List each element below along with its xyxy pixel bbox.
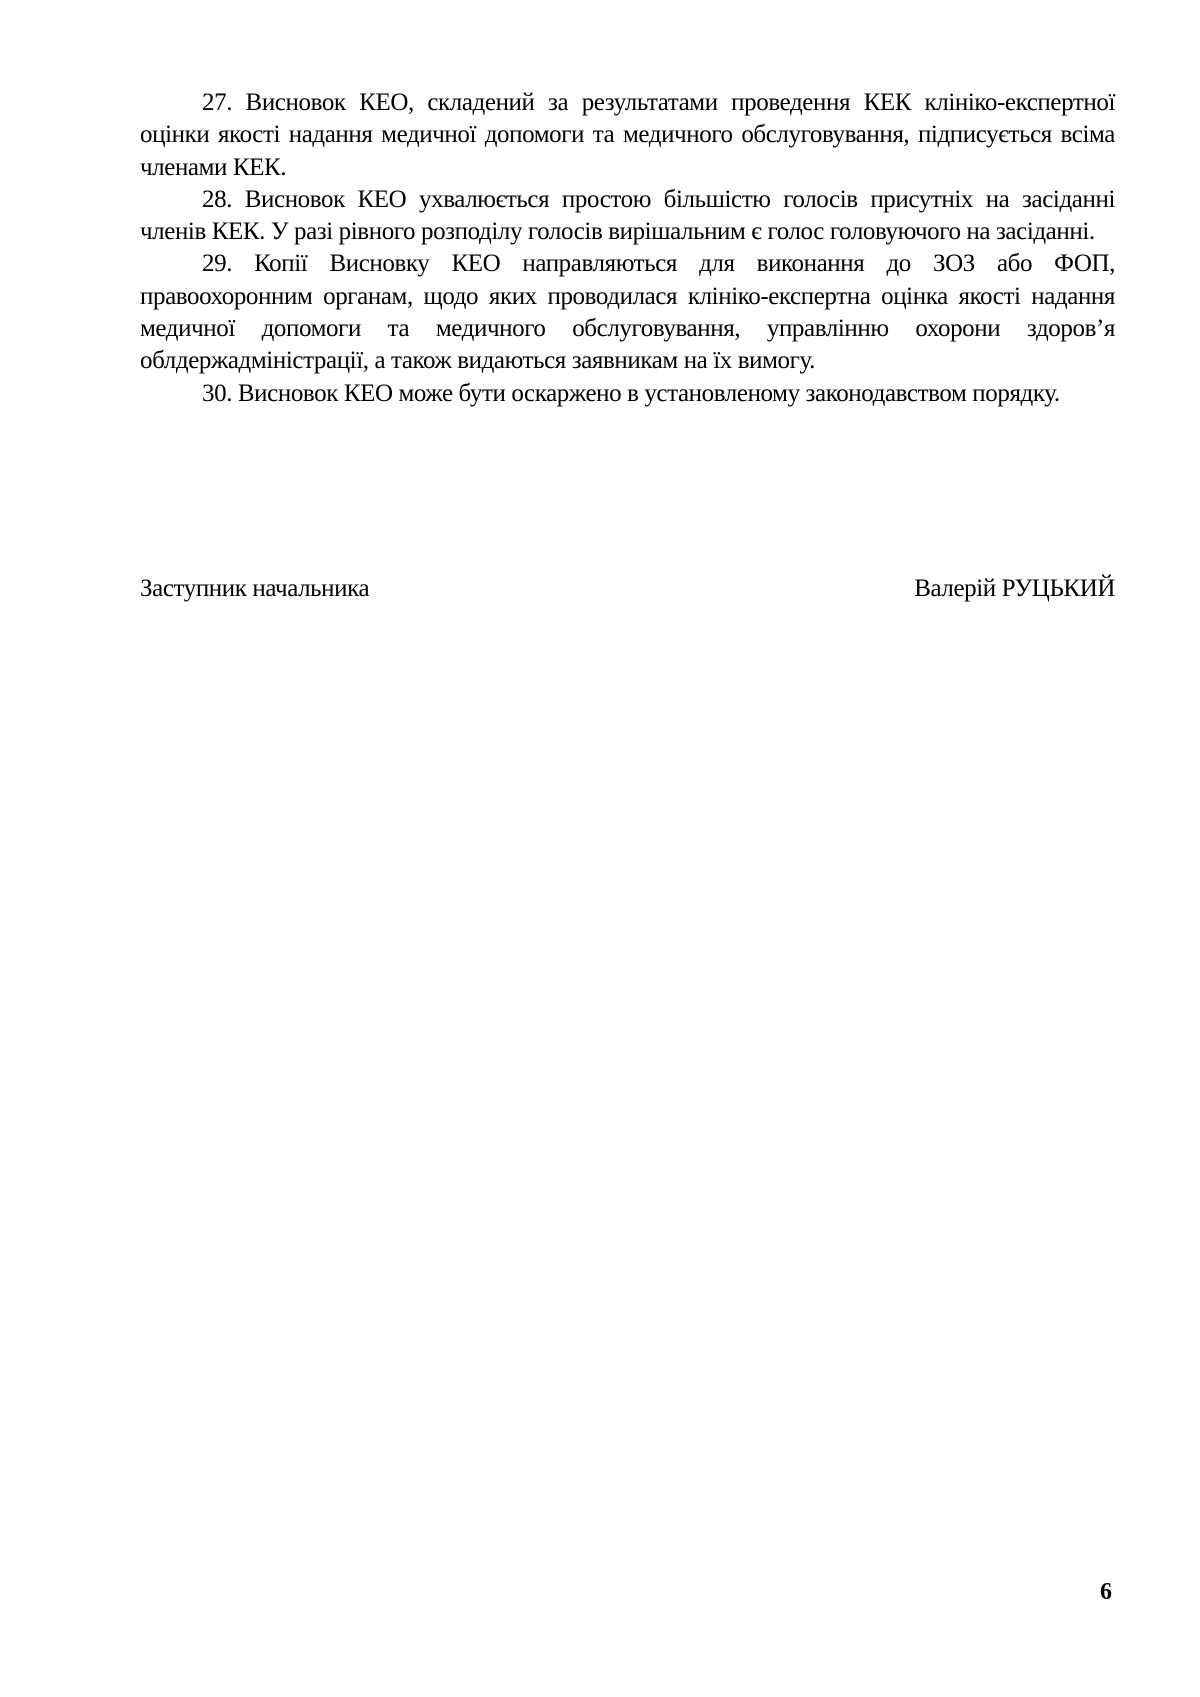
paragraph-28: 28. Висновок КЕО ухвалюється простою біл… [140, 184, 1115, 249]
paragraph-29: 29. Копії Висновку КЕО направляються для… [140, 248, 1115, 377]
paragraph-30: 30. Висновок КЕО може бути оскаржено в у… [140, 378, 1115, 410]
signatory-name: Валерій РУЦЬКИЙ [914, 573, 1115, 605]
signatory-position: Заступник начальника [140, 573, 369, 605]
page-number: 6 [1100, 1577, 1112, 1607]
document-body: 27. Висновок КЕО, складений за результат… [140, 87, 1115, 410]
signature-block: Заступник начальника Валерій РУЦЬКИЙ [140, 573, 1115, 605]
paragraph-27: 27. Висновок КЕО, складений за результат… [140, 87, 1115, 184]
document-page: 27. Висновок КЕО, складений за результат… [0, 0, 1200, 1697]
